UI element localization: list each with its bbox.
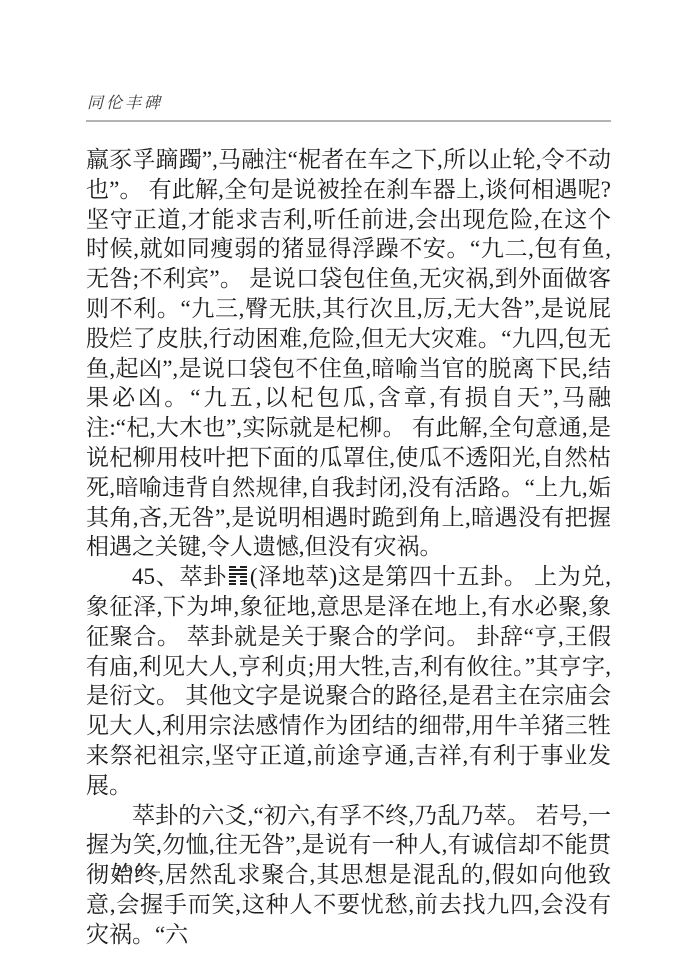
body-text: 羸豕孚蹢躅”,马融注“柅者在车之下,所以止轮,令不动也”。 有此解,全句是说被拴… [86, 145, 611, 950]
page-number: – 290 – [97, 861, 162, 881]
book-page: 同伦丰碑 羸豕孚蹢躅”,马融注“柅者在车之下,所以止轮,令不动也”。 有此解,全… [0, 0, 692, 968]
hexagram-45-icon [229, 566, 247, 586]
paragraph-gou-hexagram-commentary: 羸豕孚蹢躅”,马融注“柅者在车之下,所以止轮,令不动也”。 有此解,全句是说被拴… [86, 145, 611, 562]
paragraph-cui-hexagram-intro: 45、萃卦(泽地萃)这是第四十五卦。 上为兑,象征泽,下为坤,象征地,意思是泽在… [86, 562, 611, 800]
running-header: 同伦丰碑 [87, 90, 163, 113]
paragraph-text-before-hexagram: 45、萃卦 [132, 564, 227, 589]
paragraph-text-after-hexagram: (泽地萃)这是第四十五卦。 上为兑,象征泽,下为坤,象征地,意思是泽在地上,有水… [86, 564, 611, 798]
paragraph-cui-six-lines: 萃卦的六爻,“初六,有孚不终,乃乱乃萃。 若号,一握为笑,勿恤,往无咎”,是说有… [86, 801, 611, 950]
header-rule [86, 120, 611, 122]
